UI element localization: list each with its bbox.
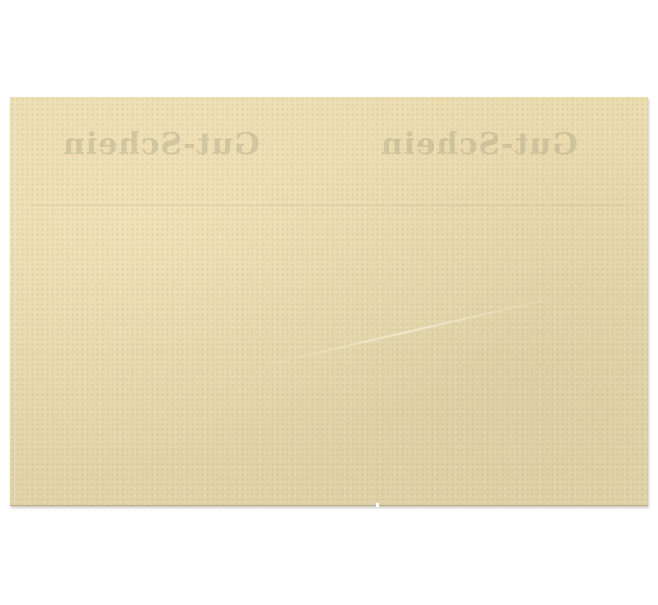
banknote-paper: Gut-Schein Gut-Schein (10, 97, 648, 506)
faint-divider (30, 205, 628, 206)
show-through-heading-left: Gut-Schein (62, 127, 260, 162)
show-through-heading-right: Gut-Schein (380, 127, 578, 162)
edge-nick (376, 503, 379, 507)
